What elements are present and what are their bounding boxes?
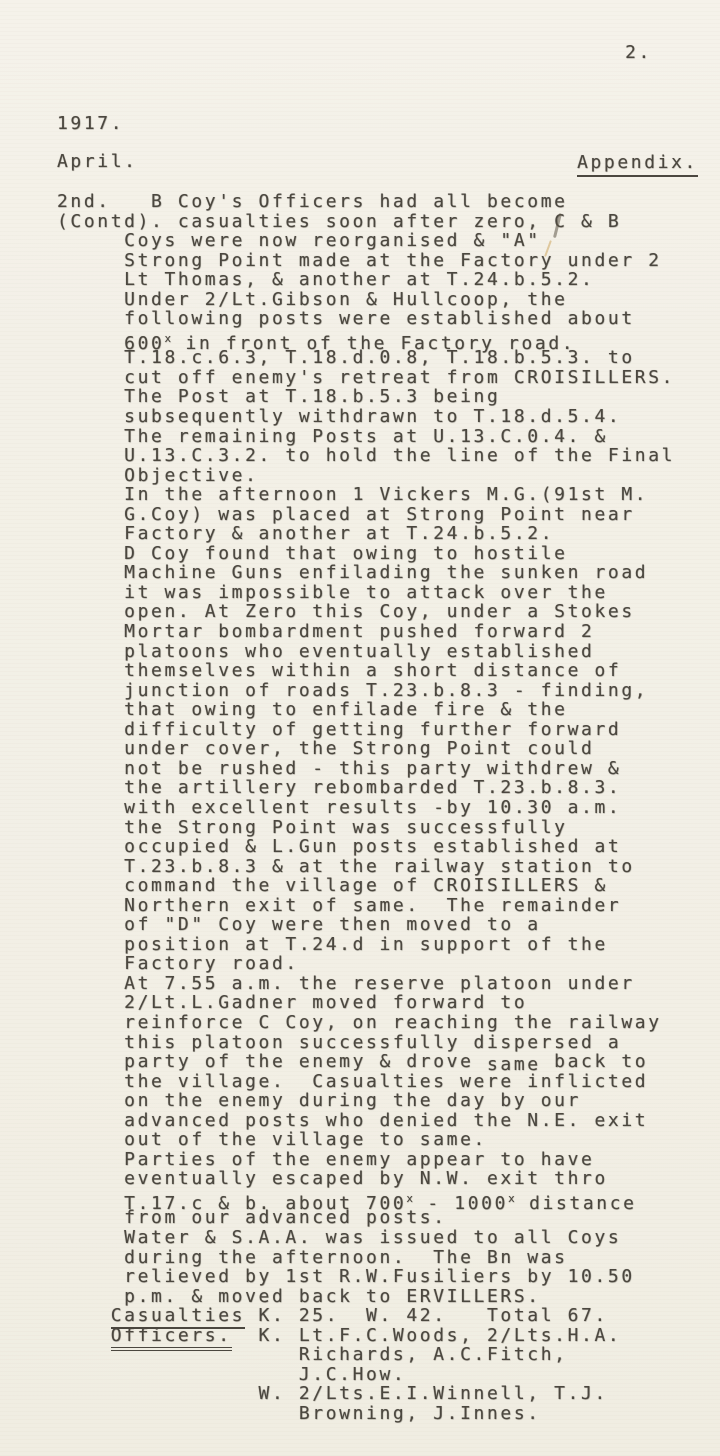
document-line: G.Coy) was placed at Strong Point near (57, 505, 675, 525)
document-line: out of the village to same. (57, 1130, 675, 1150)
document-line: Machine Guns enfilading the sunken road (57, 563, 675, 583)
document-line: command the village of CROISILLERS & (57, 876, 675, 896)
document-line: relieved by 1st R.W.Fusiliers by 10.50 (57, 1267, 675, 1287)
document-line: Richards, A.C.Fitch, (57, 1345, 675, 1365)
document-line: T.17.c & b. about 700x - 1000x distance (57, 1189, 675, 1209)
document-line: occupied & L.Gun posts established at (57, 837, 675, 857)
document-line: Parties of the enemy appear to have (57, 1150, 675, 1170)
document-line: D Coy found that owing to hostile (57, 544, 675, 564)
document-line: 600x in front of the Factory road. (57, 329, 675, 349)
document-body: 2nd. B Coy's Officers had all become(Con… (57, 192, 675, 1423)
document-line: Coys were now reorganised & "A" (57, 231, 675, 251)
year-label: 1917. (57, 113, 124, 134)
document-line: on the enemy during the day by our (57, 1091, 675, 1111)
document-line: 2/Lt.L.Gadner moved forward to (57, 993, 675, 1013)
document-line: advanced posts who denied the N.E. exit (57, 1111, 675, 1131)
document-line: that owing to enfilade fire & the (57, 700, 675, 720)
document-line: subsequently withdrawn to T.18.d.5.4. (57, 407, 675, 427)
appendix-label: Appendix. (577, 152, 698, 177)
document-line: cut off enemy's retreat from CROISILLERS… (57, 368, 675, 388)
document-line: party of the enemy & drove same back to (57, 1052, 675, 1072)
document-line: Strong Point made at the Factory under 2 (57, 251, 675, 271)
document-line: not be rushed - this party withdrew & (57, 759, 675, 779)
document-line: platoons who eventually established (57, 642, 675, 662)
document-line: Factory road. (57, 954, 675, 974)
document-line: with excellent results -by 10.30 a.m. (57, 798, 675, 818)
document-line: themselves within a short distance of (57, 661, 675, 681)
document-line: Objective. (57, 466, 675, 486)
document-line: Under 2/Lt.Gibson & Hullcoop, the (57, 290, 675, 310)
document-line: T.18.c.6.3, T.18.d.0.8, T.18.b.5.3. to (57, 348, 675, 368)
document-line: under cover, the Strong Point could (57, 739, 675, 759)
document-line: Water & S.A.A. was issued to all Coys (57, 1228, 675, 1248)
document-line: In the afternoon 1 Vickers M.G.(91st M. (57, 485, 675, 505)
document-line: open. At Zero this Coy, under a Stokes (57, 602, 675, 622)
document-line: it was impossible to attack over the (57, 583, 675, 603)
document-line: Casualties K. 25. W. 42. Total 67. (57, 1306, 675, 1326)
document-line: The remaining Posts at U.13.C.0.4. & (57, 427, 675, 447)
document-line: At 7.55 a.m. the reserve platoon under (57, 974, 675, 994)
document-line: this platoon successfully dispersed a (57, 1033, 675, 1053)
document-line: junction of roads T.23.b.8.3 - finding, (57, 681, 675, 701)
month-label: April. (57, 151, 138, 172)
page-number: 2. (625, 42, 652, 63)
document-line: Officers. K. Lt.F.C.Woods, 2/Lts.H.A. (57, 1326, 675, 1346)
document-line: during the afternoon. The Bn was (57, 1248, 675, 1268)
document-line: The Post at T.18.b.5.3 being (57, 387, 675, 407)
document-line: position at T.24.d in support of the (57, 935, 675, 955)
document-line: Mortar bombardment pushed forward 2 (57, 622, 675, 642)
document-line: J.C.How. (57, 1365, 675, 1385)
document-line: Lt Thomas, & another at T.24.b.5.2. (57, 270, 675, 290)
document-line: U.13.C.3.2. to hold the line of the Fina… (57, 446, 675, 466)
document-line: the artillery rebombarded T.23.b.8.3. (57, 778, 675, 798)
document-line: the Strong Point was successfully (57, 818, 675, 838)
document-line: following posts were established about (57, 309, 675, 329)
document-line: reinforce C Coy, on reaching the railway (57, 1013, 675, 1033)
document-line: the village. Casualties were inflicted (57, 1072, 675, 1092)
document-line: 2nd. B Coy's Officers had all become (57, 192, 675, 212)
document-line: W. 2/Lts.E.I.Winnell, T.J. (57, 1384, 675, 1404)
document-line: Factory & another at T.24.b.5.2. (57, 524, 675, 544)
document-line: Browning, J.Innes. (57, 1404, 675, 1424)
document-line: (Contd). casualties soon after zero, C &… (57, 212, 675, 232)
document-line: T.23.b.8.3 & at the railway station to (57, 857, 675, 877)
document-line: difficulty of getting further forward (57, 720, 675, 740)
document-line: Northern exit of same. The remainder (57, 896, 675, 916)
war-diary-page: 2. 1917. April. Appendix. 2nd. B Coy's O… (0, 0, 720, 1456)
document-line: of "D" Coy were then moved to a (57, 915, 675, 935)
document-line: p.m. & moved back to ERVILLERS. (57, 1287, 675, 1307)
document-line: eventually escaped by N.W. exit thro (57, 1169, 675, 1189)
